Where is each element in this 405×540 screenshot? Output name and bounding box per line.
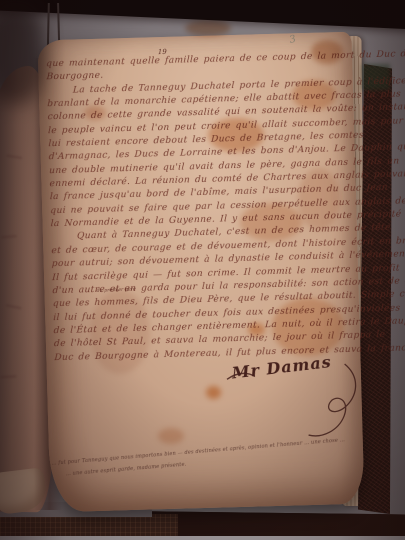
photograph-of-open-manuscript-book: 3 19 que maintenant quelle famille paier…	[0, 0, 405, 540]
ink-showthrough-mark	[0, 375, 16, 378]
ink-showthrough-mark	[6, 304, 22, 309]
handwritten-text-block: que maintenant quelle famille paiera de …	[46, 50, 352, 365]
ink-showthrough-mark	[1, 235, 17, 238]
pencil-page-number: 3	[288, 34, 297, 46]
dark-shelf-shadow-top	[0, 0, 405, 30]
ink-showthrough-mark	[6, 155, 22, 159]
top-left-shadow	[0, 4, 44, 104]
woven-cloth-texture	[0, 514, 178, 538]
signature-flourish	[224, 349, 377, 453]
manuscript-page: 3 19 que maintenant quelle famille paier…	[37, 32, 364, 513]
foxing-stain	[185, 20, 231, 36]
light-table-edge	[0, 536, 405, 540]
